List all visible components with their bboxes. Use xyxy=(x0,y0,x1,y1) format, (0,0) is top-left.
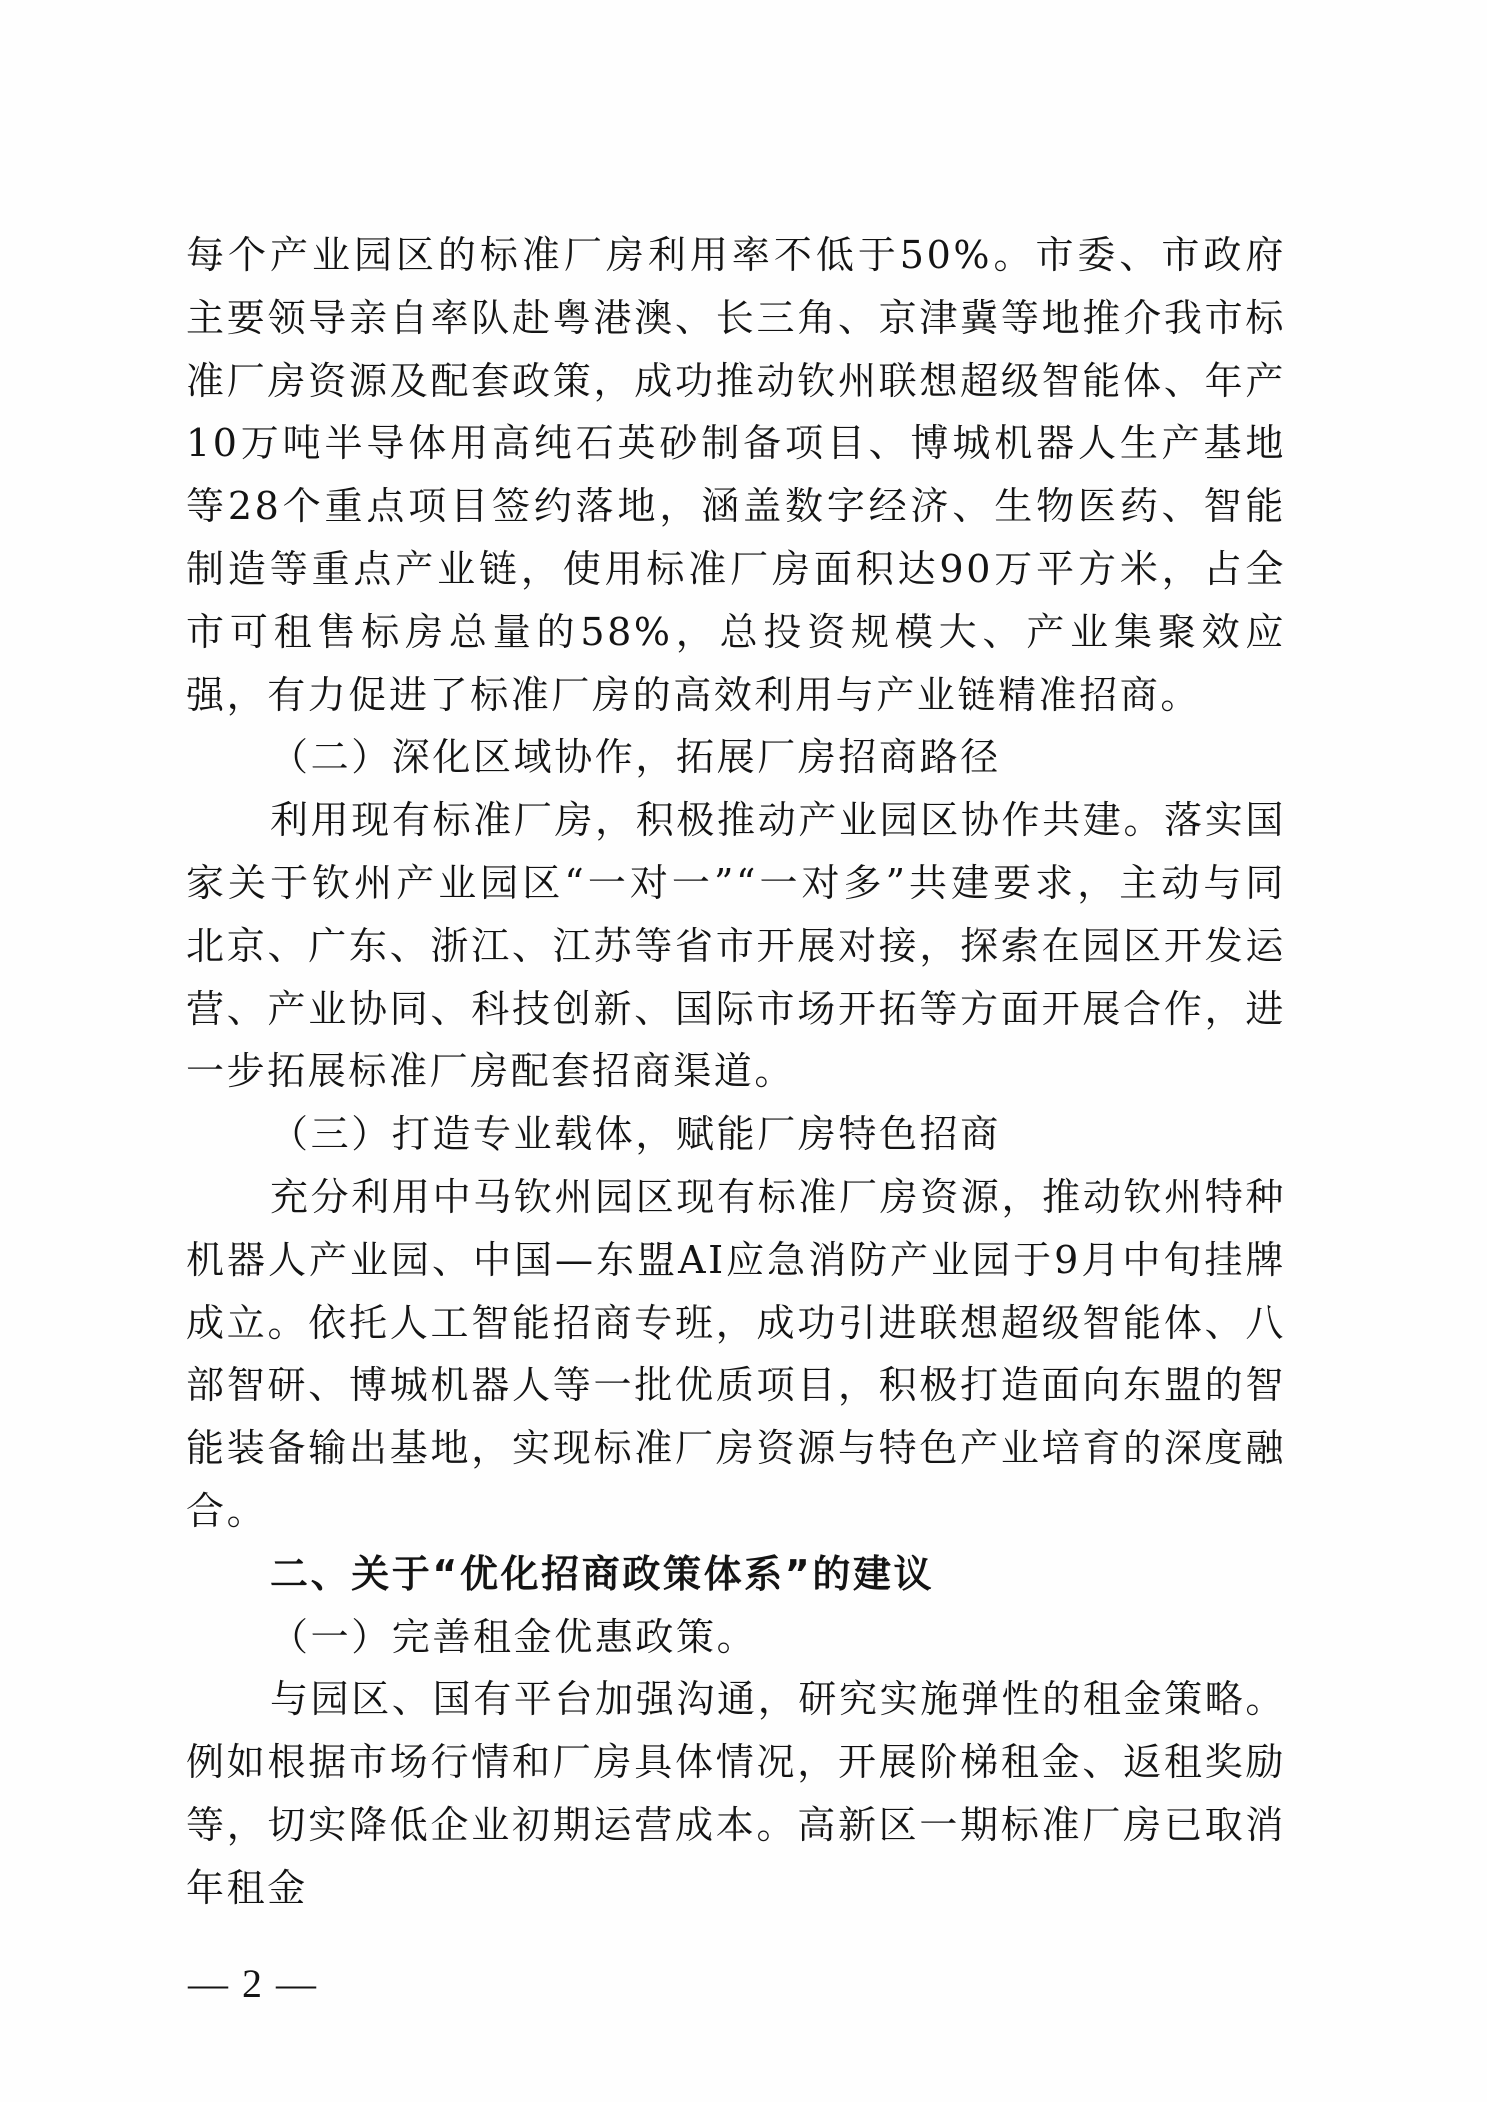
page-number: — 2 — xyxy=(188,1960,318,2007)
document-page: 每个产业园区的标准厂房利用率不低于50%。市委、市政府主要领导亲自率队赴粤港澳、… xyxy=(0,0,1487,2102)
paragraph-specialized-carriers: 充分利用中马钦州园区现有标准厂房资源，推动钦州特种机器人产业园、中国—东盟AI应… xyxy=(186,1166,1286,1543)
paragraph-rent-policy: 与园区、国有平台加强沟通，研究实施弹性的租金策略。例如根据市场行情和厂房具体情况… xyxy=(186,1668,1286,1919)
paragraph-continued: 每个产业园区的标准厂房利用率不低于50%。市委、市政府主要领导亲自率队赴粤港澳、… xyxy=(186,224,1286,726)
section-heading-2: 二、关于“优化招商政策体系”的建议 xyxy=(186,1543,1286,1606)
sub-heading-3: （三）打造专业载体，赋能厂房特色招商 xyxy=(186,1103,1286,1166)
document-body: 每个产业园区的标准厂房利用率不低于50%。市委、市政府主要领导亲自率队赴粤港澳、… xyxy=(186,224,1286,1920)
sub-heading-1: （一）完善租金优惠政策。 xyxy=(186,1606,1286,1669)
sub-heading-2: （二）深化区域协作，拓展厂房招商路径 xyxy=(186,726,1286,789)
paragraph-regional-cooperation: 利用现有标准厂房，积极推动产业园区协作共建。落实国家关于钦州产业园区“一对一”“… xyxy=(186,789,1286,1103)
